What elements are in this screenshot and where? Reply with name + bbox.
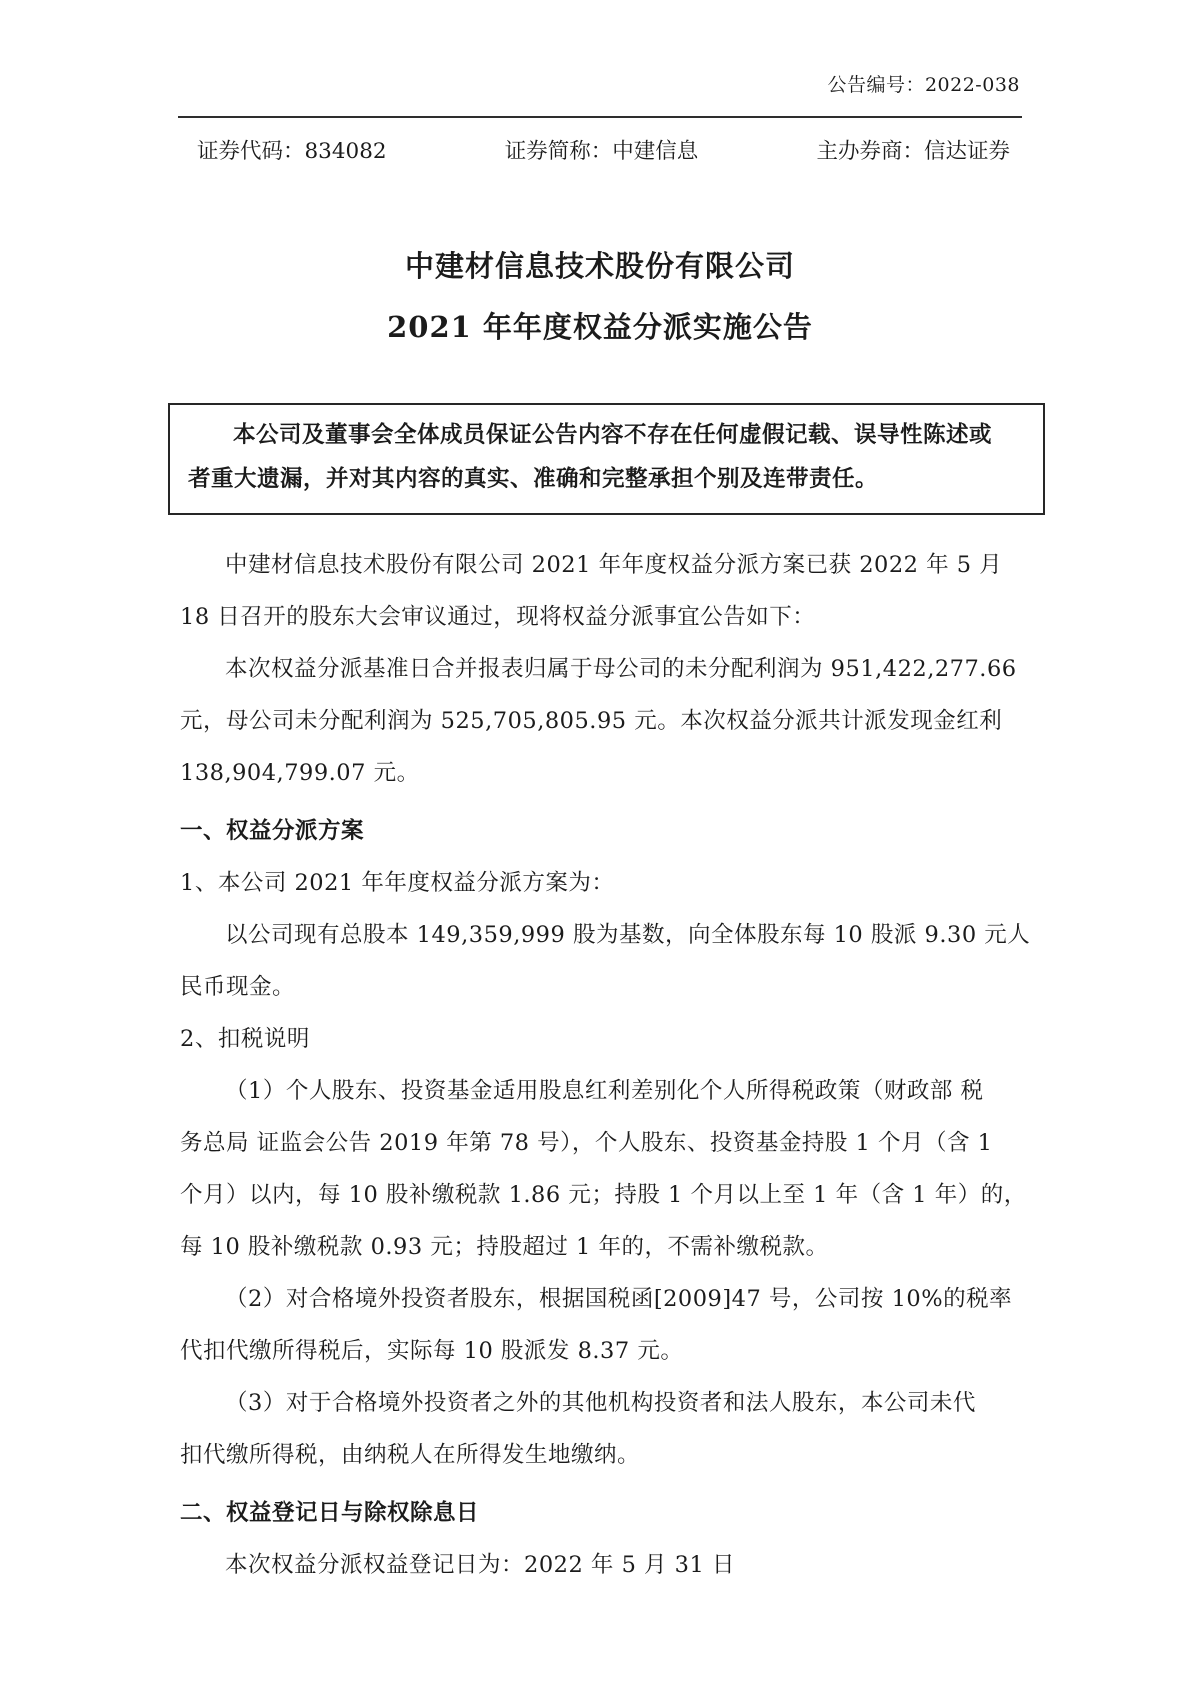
body-line: 138,904,799.07 元。 <box>180 747 1040 799</box>
body-line: 务总局 证监会公告 2019 年第 78 号），个人股东、投资基金持股 1 个月… <box>180 1117 1040 1169</box>
stock-code: 证券代码：834082 <box>197 138 387 166</box>
body-line: 2、扣税说明 <box>180 1013 1040 1065</box>
body-line: 每 10 股补缴税款 0.93 元；持股超过 1 年的，不需补缴税款。 <box>180 1221 1040 1273</box>
body-line: （3）对于合格境外投资者之外的其他机构投资者和法人股东，本公司未代 <box>180 1377 1040 1429</box>
disclaimer-box: 本公司及董事会全体成员保证公告内容不存在任何虚假记载、误导性陈述或 者重大遗漏，… <box>168 403 1045 515</box>
body-line: （1）个人股东、投资基金适用股息红利差别化个人所得税政策（财政部 税 <box>180 1065 1040 1117</box>
section-heading-1: 一、权益分派方案 <box>180 805 1040 857</box>
body-line: 代扣代缴所得税后，实际每 10 股派发 8.37 元。 <box>180 1325 1040 1377</box>
body-line: 1、本公司 2021 年年度权益分派方案为： <box>180 857 1040 909</box>
body-line: 中建材信息技术股份有限公司 2021 年年度权益分派方案已获 2022 年 5 … <box>180 539 1040 591</box>
announcement-document-page: 公告编号：2022-038 证券代码：834082 证券简称：中建信息 主办券商… <box>0 0 1200 1696</box>
securities-info-row: 证券代码：834082 证券简称：中建信息 主办券商：信达证券 <box>197 138 1010 166</box>
body-line: （2）对合格境外投资者股东，根据国税函[2009]47 号，公司按 10%的税率 <box>180 1273 1040 1325</box>
document-body: 中建材信息技术股份有限公司 2021 年年度权益分派方案已获 2022 年 5 … <box>180 539 1040 1591</box>
body-line: 元，母公司未分配利润为 525,705,805.95 元。本次权益分派共计派发现… <box>180 695 1040 747</box>
body-line: 以公司现有总股本 149,359,999 股为基数，向全体股东每 10 股派 9… <box>180 909 1040 961</box>
disclaimer-line: 者重大遗漏，并对其内容的真实、准确和完整承担个别及连带责任。 <box>188 457 1025 501</box>
body-line: 扣代缴所得税，由纳税人在所得发生地缴纳。 <box>180 1429 1040 1481</box>
section-heading-2: 二、权益登记日与除权除息日 <box>180 1487 1040 1539</box>
header-divider-rule <box>178 116 1022 118</box>
announcement-number: 公告编号：2022-038 <box>0 0 1200 98</box>
body-line: 本次权益分派权益登记日为：2022 年 5 月 31 日 <box>180 1539 1040 1591</box>
body-line: 本次权益分派基准日合并报表归属于母公司的未分配利润为 951,422,277.6… <box>180 643 1040 695</box>
body-line: 民币现金。 <box>180 961 1040 1013</box>
announcement-title: 2021 年年度权益分派实施公告 <box>0 307 1200 347</box>
sponsor-broker: 主办券商：信达证券 <box>816 138 1010 166</box>
body-line: 18 日召开的股东大会审议通过，现将权益分派事宜公告如下： <box>180 591 1040 643</box>
body-line: 个月）以内，每 10 股补缴税款 1.86 元；持股 1 个月以上至 1 年（含… <box>180 1169 1040 1221</box>
company-name-title: 中建材信息技术股份有限公司 <box>0 246 1200 286</box>
stock-short-name: 证券简称：中建信息 <box>505 138 699 166</box>
disclaimer-line: 本公司及董事会全体成员保证公告内容不存在任何虚假记载、误导性陈述或 <box>188 413 1025 457</box>
